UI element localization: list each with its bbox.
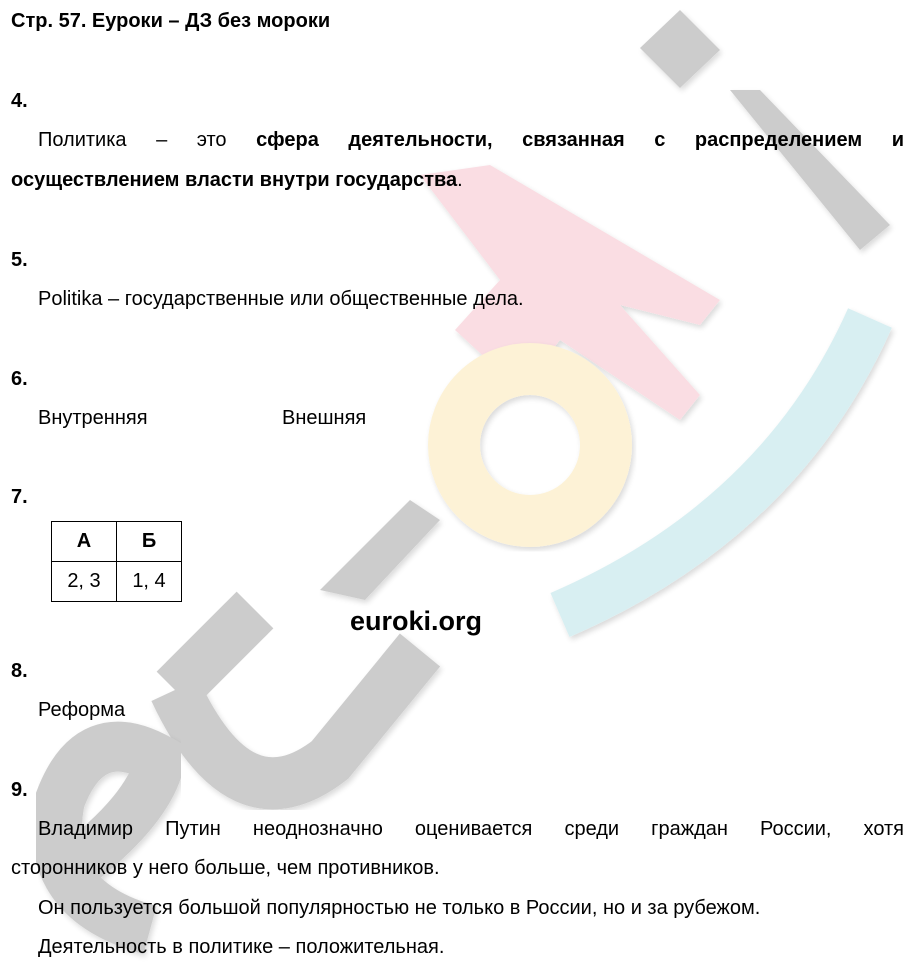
task-8-answer: Реформа bbox=[38, 699, 125, 722]
table-cell: 2, 3 bbox=[52, 562, 117, 602]
task-9-paragraph-1: Владимир Путин неоднозначно оценивается … bbox=[38, 818, 904, 841]
task-4-line-2: осуществлением власти внутри государства… bbox=[11, 169, 463, 192]
page-title: Стр. 57. Еуроки – ДЗ без мороки bbox=[11, 10, 330, 33]
task-7-answer-table: А Б 2, 3 1, 4 bbox=[51, 521, 182, 602]
table-header: Б bbox=[117, 522, 182, 562]
task-9-paragraph-3: Деятельность в политике – положительная. bbox=[38, 936, 444, 959]
task-number: 6. bbox=[11, 368, 28, 391]
task-number: 8. bbox=[11, 660, 28, 683]
task-5-answer: Politika – государственные или обществен… bbox=[38, 288, 524, 311]
task-number: 4. bbox=[11, 90, 28, 113]
task-6-column-1: Внутренняя bbox=[38, 407, 148, 430]
task-4-text: . bbox=[457, 169, 463, 191]
task-4-text: Политика – это bbox=[38, 129, 256, 151]
task-9-paragraph-2: Он пользуется большой популярностью не т… bbox=[38, 897, 760, 920]
task-4-line-1: Политика – это сфера деятельности, связа… bbox=[38, 129, 904, 152]
table-cell: 1, 4 bbox=[117, 562, 182, 602]
task-number: 9. bbox=[11, 779, 28, 802]
task-9-paragraph-1-cont: сторонников у него больше, чем противник… bbox=[11, 857, 440, 880]
document-page: Стр. 57. Еуроки – ДЗ без мороки 4. Полит… bbox=[0, 0, 913, 974]
task-number: 5. bbox=[11, 249, 28, 272]
site-watermark-text: euroki.org bbox=[350, 606, 482, 637]
table-header: А bbox=[52, 522, 117, 562]
task-4-bold-text: осуществлением власти внутри государства bbox=[11, 169, 457, 191]
table-row: 2, 3 1, 4 bbox=[52, 562, 182, 602]
task-6-column-2: Внешняя bbox=[282, 407, 366, 430]
task-number: 7. bbox=[11, 486, 28, 509]
task-4-bold-text: сфера деятельности, связанная с распреде… bbox=[256, 129, 904, 151]
